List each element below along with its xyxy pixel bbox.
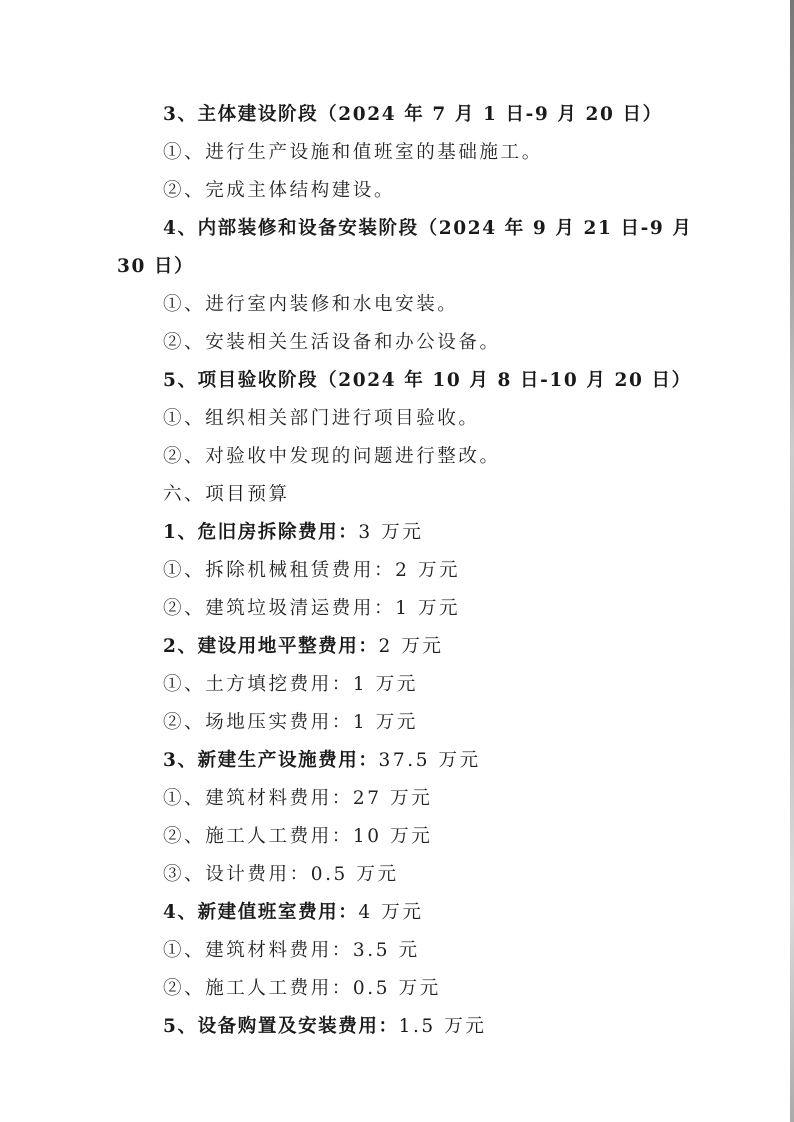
- item-amount: 0.5 万元: [311, 864, 399, 885]
- item-label: ①、建筑材料费用：: [163, 788, 353, 809]
- item-amount: 3.5 元: [353, 940, 420, 961]
- category-amount: 3 万元: [358, 522, 423, 543]
- category-amount: 4 万元: [358, 902, 423, 923]
- item-amount: 1 万元: [353, 674, 418, 695]
- item-amount: 1 万元: [395, 598, 460, 619]
- category-label: 5、设备购置及安装费用：: [163, 1016, 399, 1037]
- budget-item: ①、建筑材料费用：3.5 元: [163, 939, 420, 963]
- scan-edge-border: [790, 0, 794, 1122]
- phase-4-heading-cont: 30 日）: [117, 255, 194, 279]
- item-amount: 10 万元: [353, 826, 432, 847]
- item-label: ①、建筑材料费用：: [163, 940, 353, 961]
- phase-3-item-2: ②、完成主体结构建设。: [163, 179, 395, 203]
- budget-item: ①、土方填挖费用：1 万元: [163, 673, 418, 697]
- budget-item: ①、建筑材料费用：27 万元: [163, 787, 432, 811]
- category-label: 3、新建生产设施费用：: [163, 750, 378, 771]
- budget-item: ②、施工人工费用：0.5 万元: [163, 977, 441, 1001]
- budget-section-title: 六、项目预算: [163, 483, 290, 507]
- document-page: 3、主体建设阶段（2024 年 7 月 1 日-9 月 20 日） ①、进行生产…: [0, 0, 794, 1122]
- budget-category-2: 2、建设用地平整费用：2 万元: [163, 635, 444, 659]
- item-label: ②、建筑垃圾清运费用：: [163, 598, 395, 619]
- item-amount: 1 万元: [353, 712, 418, 733]
- item-label: ②、施工人工费用：: [163, 978, 353, 999]
- phase-3-heading: 3、主体建设阶段（2024 年 7 月 1 日-9 月 20 日）: [163, 103, 663, 127]
- category-label: 2、建设用地平整费用：: [163, 636, 378, 657]
- phase-5-item-1: ①、组织相关部门进行项目验收。: [163, 407, 480, 431]
- category-label: 4、新建值班室费用：: [163, 902, 358, 923]
- item-label: ③、设计费用：: [163, 864, 311, 885]
- item-label: ②、场地压实费用：: [163, 712, 353, 733]
- item-label: ①、土方填挖费用：: [163, 674, 353, 695]
- budget-category-4: 4、新建值班室费用：4 万元: [163, 901, 423, 925]
- budget-item: ②、建筑垃圾清运费用：1 万元: [163, 597, 460, 621]
- item-label: ①、拆除机械租赁费用：: [163, 560, 395, 581]
- budget-category-3: 3、新建生产设施费用：37.5 万元: [163, 749, 481, 773]
- budget-category-1: 1、危旧房拆除费用：3 万元: [163, 521, 423, 545]
- item-amount: 0.5 万元: [353, 978, 441, 999]
- item-label: ②、施工人工费用：: [163, 826, 353, 847]
- budget-item: ①、拆除机械租赁费用：2 万元: [163, 559, 460, 583]
- phase-5-item-2: ②、对验收中发现的问题进行整改。: [163, 445, 501, 469]
- category-amount: 2 万元: [378, 636, 443, 657]
- phase-5-heading: 5、项目验收阶段（2024 年 10 月 8 日-10 月 20 日）: [163, 369, 692, 393]
- budget-item: ③、设计费用：0.5 万元: [163, 863, 399, 887]
- budget-item: ②、施工人工费用：10 万元: [163, 825, 432, 849]
- phase-4-heading: 4、内部装修和设备安装阶段（2024 年 9 月 21 日-9 月: [163, 217, 692, 241]
- phase-4-item-2: ②、安装相关生活设备和办公设备。: [163, 331, 501, 355]
- budget-item: ②、场地压实费用：1 万元: [163, 711, 418, 735]
- item-amount: 2 万元: [395, 560, 460, 581]
- category-label: 1、危旧房拆除费用：: [163, 522, 358, 543]
- category-amount: 1.5 万元: [399, 1016, 487, 1037]
- item-amount: 27 万元: [353, 788, 432, 809]
- category-amount: 37.5 万元: [378, 750, 480, 771]
- budget-category-5: 5、设备购置及安装费用：1.5 万元: [163, 1015, 486, 1039]
- phase-4-item-1: ①、进行室内装修和水电安装。: [163, 293, 458, 317]
- phase-3-item-1: ①、进行生产设施和值班室的基础施工。: [163, 141, 543, 165]
